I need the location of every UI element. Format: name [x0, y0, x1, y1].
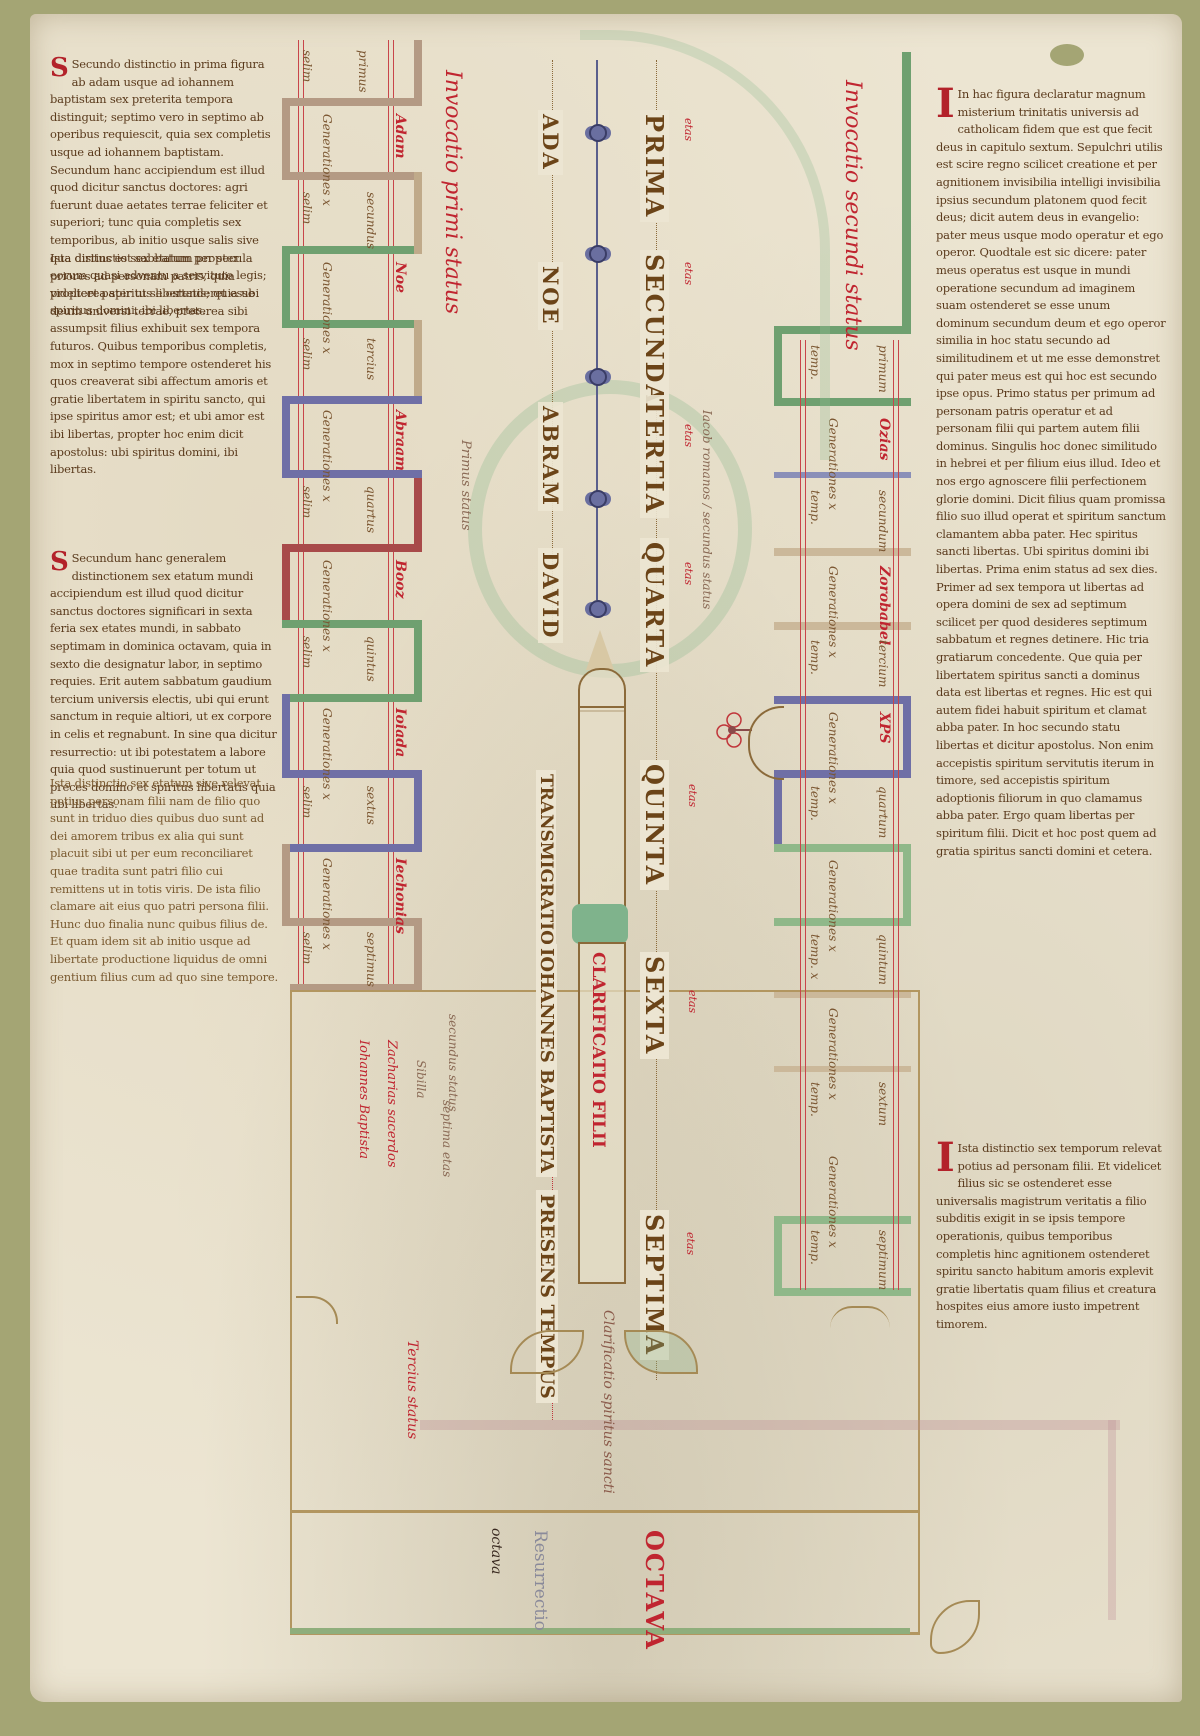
red-rule	[898, 340, 899, 1290]
meander-cell: sextus	[364, 786, 378, 825]
meander-segment-green	[902, 52, 911, 332]
tertius-status-label: Tercius status	[404, 1340, 420, 1439]
meander-cell-name: Ioiada	[392, 708, 408, 757]
red-initial-s: S	[50, 56, 69, 80]
red-initial-i: I	[936, 1140, 955, 1176]
primus-status-label: Primus status	[458, 440, 473, 531]
age-1: PRIMA	[640, 110, 669, 222]
meander-cell: selim	[300, 50, 314, 82]
meander-segment-green	[774, 844, 911, 852]
pillar-spire	[586, 630, 614, 670]
age-2: SECUNDA	[640, 250, 669, 409]
patriarch-4: DAVID	[538, 548, 563, 643]
meander-segment-green	[282, 246, 422, 254]
meander-cell-name: Abraam	[392, 410, 408, 471]
knot-icon	[589, 245, 607, 263]
meander-cell: temp.	[808, 1082, 822, 1117]
meander-segment-red	[282, 544, 290, 622]
patriarch-3: ABRAM	[538, 402, 563, 511]
patriarch-name: DAVID	[538, 552, 563, 639]
red-initial-i: I	[936, 86, 955, 122]
meander-cell: Generationes x	[320, 114, 334, 206]
meander-segment-red	[414, 478, 422, 548]
clarificatio-filii: CLARIFICATIO FILII	[588, 952, 608, 1148]
meander-cell-name: Ozias	[876, 418, 892, 460]
meander-segment-tan	[774, 1066, 911, 1072]
meander-cell: Generationes x	[826, 1008, 840, 1100]
age-5: QUINTA	[640, 760, 669, 890]
age-ordinal: TERTIA	[640, 399, 669, 514]
resurrectio-label: Resurrectio	[530, 1530, 550, 1631]
etas-label: etas	[686, 784, 699, 807]
meander-segment-tan	[282, 844, 290, 926]
parchment-hole	[1050, 44, 1084, 66]
zacharias-label: Zacharias sacerdos	[384, 1040, 399, 1168]
meander-cell: selim	[300, 192, 314, 224]
octava-label: OCTAVA	[640, 1530, 669, 1651]
meander-cell-name: XPS	[876, 712, 892, 744]
meander-cell-name: Zorobabel	[876, 566, 892, 645]
age-3: TERTIA	[640, 395, 669, 518]
patriarch-2: NOE	[538, 262, 563, 330]
knot-icon	[589, 490, 607, 508]
age-ordinal: SEXTA	[640, 956, 669, 1055]
meander-cell: secundum	[876, 490, 890, 552]
age-4: QUARTA	[640, 538, 669, 672]
meander-segment-blue	[903, 696, 911, 778]
etas-label: etas	[682, 424, 695, 447]
etas-label: etas	[682, 262, 695, 285]
meander-segment-green	[774, 1216, 911, 1224]
knot-icon	[589, 124, 607, 142]
meander-segment-green	[903, 844, 911, 926]
green-bottom-band	[290, 1628, 910, 1634]
pillar-green-knot	[572, 904, 628, 944]
meander-cell: Generationes x	[320, 262, 334, 354]
meander-segment-blue	[774, 472, 911, 478]
meander-segment-tan	[282, 172, 422, 180]
meander-segment-blue	[282, 770, 422, 778]
meander-cell: sextum	[876, 1082, 890, 1126]
meander-cell: temp.	[808, 1230, 822, 1265]
meander-segment-green	[774, 1288, 911, 1296]
meander-segment-blue	[282, 470, 422, 478]
meander-segment-tan	[414, 172, 422, 254]
meander-cell: Generationes x	[826, 860, 840, 952]
meander-cell: selim	[300, 338, 314, 370]
meander-segment-green	[282, 246, 290, 328]
meander-segment-tan	[282, 98, 290, 180]
meander-segment-green	[414, 620, 422, 702]
meander-segment-blue	[774, 770, 782, 850]
meander-cell: temp. x	[808, 934, 822, 979]
meander-segment-tan	[414, 918, 422, 990]
meander-cell: temp.	[808, 640, 822, 675]
patriarch-name: IOHANNES BAPTISTA	[536, 948, 557, 1173]
meander-cell-name: Iechonias	[392, 858, 408, 934]
meander-cell: temp.	[808, 490, 822, 525]
meander-segment-tan	[290, 984, 422, 990]
secundus-status-note: Iacob romanos / secundus status	[700, 410, 714, 609]
meander-segment-green	[774, 918, 911, 926]
meander-cell: Generationes x	[320, 410, 334, 502]
meander-cell: septimus	[364, 932, 378, 987]
octava-note: octava	[488, 1528, 504, 1575]
pink-faint-band	[420, 1420, 1120, 1430]
meander-cell: selim	[300, 932, 314, 964]
right-text-block-1: I In hac figura declaratur magnum mister…	[936, 86, 1166, 860]
etas-label: etas	[682, 562, 695, 585]
meander-cell: primus	[356, 50, 370, 93]
red-rule	[800, 340, 801, 1290]
invocatio-secundi-status: Invocatio secundi status	[840, 80, 865, 351]
paragraph: Secundum hanc generalem distinctionem se…	[50, 551, 277, 811]
sibilla-label: Sibilla	[414, 1060, 428, 1098]
iohannes-label: Iohannes Baptista	[356, 1040, 371, 1159]
pink-faint-band-right	[1108, 1420, 1116, 1620]
meander-cell: selim	[300, 636, 314, 668]
meander-segment-green	[282, 320, 422, 328]
age-6: SEXTA	[640, 952, 669, 1059]
left-text-block-2: Ista distinctio sex etatum propter prior…	[50, 250, 278, 479]
patriarch-name: NOE	[538, 266, 563, 326]
age-ordinal: PRIMA	[640, 114, 669, 218]
meander-segment-blue	[282, 396, 290, 478]
meander-cell: tercium	[876, 640, 890, 687]
age-ordinal: QUINTA	[640, 764, 669, 886]
meander-cell: selim	[300, 486, 314, 518]
secundus-status-faint: secundus status	[446, 1014, 460, 1112]
meander-segment-blue	[414, 770, 422, 852]
meander-cell: Generationes x	[320, 560, 334, 652]
meander-segment-blue	[282, 844, 422, 852]
meander-cell-name: Booz	[392, 560, 408, 598]
meander-segment-blue	[774, 696, 911, 704]
meander-cell: temp.	[808, 786, 822, 821]
red-initial-s: S	[50, 550, 69, 574]
etas-label: etas	[682, 118, 695, 141]
meander-segment-tan	[414, 40, 422, 106]
meander-cell: quintus	[364, 636, 378, 682]
red-rule	[893, 340, 894, 1290]
octava-compartment	[290, 1510, 920, 1635]
meander-cell: quartum	[876, 786, 890, 838]
meander-cell: secundus	[364, 192, 378, 249]
meander-segment-green	[774, 1216, 782, 1296]
paragraph: Ista distinctio sex etatum sive relevat …	[50, 776, 278, 984]
meander-segment-red	[282, 544, 422, 552]
meander-cell: quartus	[364, 486, 378, 533]
clarificatio-spiritus: Clarificatio spiritus sancti	[600, 1310, 616, 1494]
meander-segment-tan	[774, 548, 911, 556]
leaf-ornament-icon	[830, 1306, 890, 1328]
paragraph: Ista distinctio sex temporum relevat pot…	[936, 1141, 1162, 1331]
meander-cell: septimum	[876, 1230, 890, 1290]
etas-label: etas	[686, 990, 699, 1013]
meander-segment-blue	[774, 770, 911, 778]
meander-cell: Generationes x	[320, 708, 334, 800]
meander-cell: primum	[876, 345, 890, 393]
meander-cell: Generationes x	[826, 1156, 840, 1248]
patriarch-1: ADA	[538, 110, 563, 175]
paragraph: Ista distinctio sex etatum propter prior…	[50, 251, 271, 476]
meander-segment-tan	[774, 992, 911, 998]
meander-cell: Generationes x	[826, 712, 840, 804]
paragraph: In hac figura declaratur magnum misteriu…	[936, 87, 1166, 858]
pillar-upper	[578, 706, 626, 910]
meander-segment-green	[282, 694, 422, 702]
right-text-block-2: I Ista distinctio sex temporum relevat p…	[936, 1140, 1166, 1334]
meander-cell: Generationes x	[826, 566, 840, 658]
meander-cell-name: Adam	[392, 114, 408, 159]
meander-cell: Generationes x	[320, 858, 334, 950]
age-ordinal: SECUNDA	[640, 254, 669, 405]
age-ordinal: QUARTA	[640, 542, 669, 668]
meander-cell: tercius	[364, 338, 378, 380]
meander-segment-tan	[414, 320, 422, 402]
meander-segment-blue	[282, 396, 422, 404]
patriarch-name: ABRAM	[538, 406, 563, 507]
etas-label: etas	[684, 1232, 697, 1255]
knot-icon	[589, 368, 607, 386]
knot-icon	[589, 600, 607, 618]
invocatio-primi-status: Invocatio primi status	[440, 70, 465, 314]
left-text-block-4: Ista distinctio sex etatum sive relevat …	[50, 775, 278, 986]
meander-segment-green	[282, 620, 422, 628]
meander-segment-tan	[282, 98, 422, 106]
meander-cell: quintum	[876, 934, 890, 985]
patriarch-name: ADA	[538, 114, 563, 171]
trefoil-ornament-icon	[716, 712, 752, 748]
meander-cell-name: Noe	[392, 262, 408, 293]
meander-segment-blue	[282, 694, 290, 776]
red-rule	[805, 340, 806, 1290]
patriarch-6: IOHANNES BAPTISTA	[536, 944, 557, 1177]
meander-cell: selim	[300, 786, 314, 818]
